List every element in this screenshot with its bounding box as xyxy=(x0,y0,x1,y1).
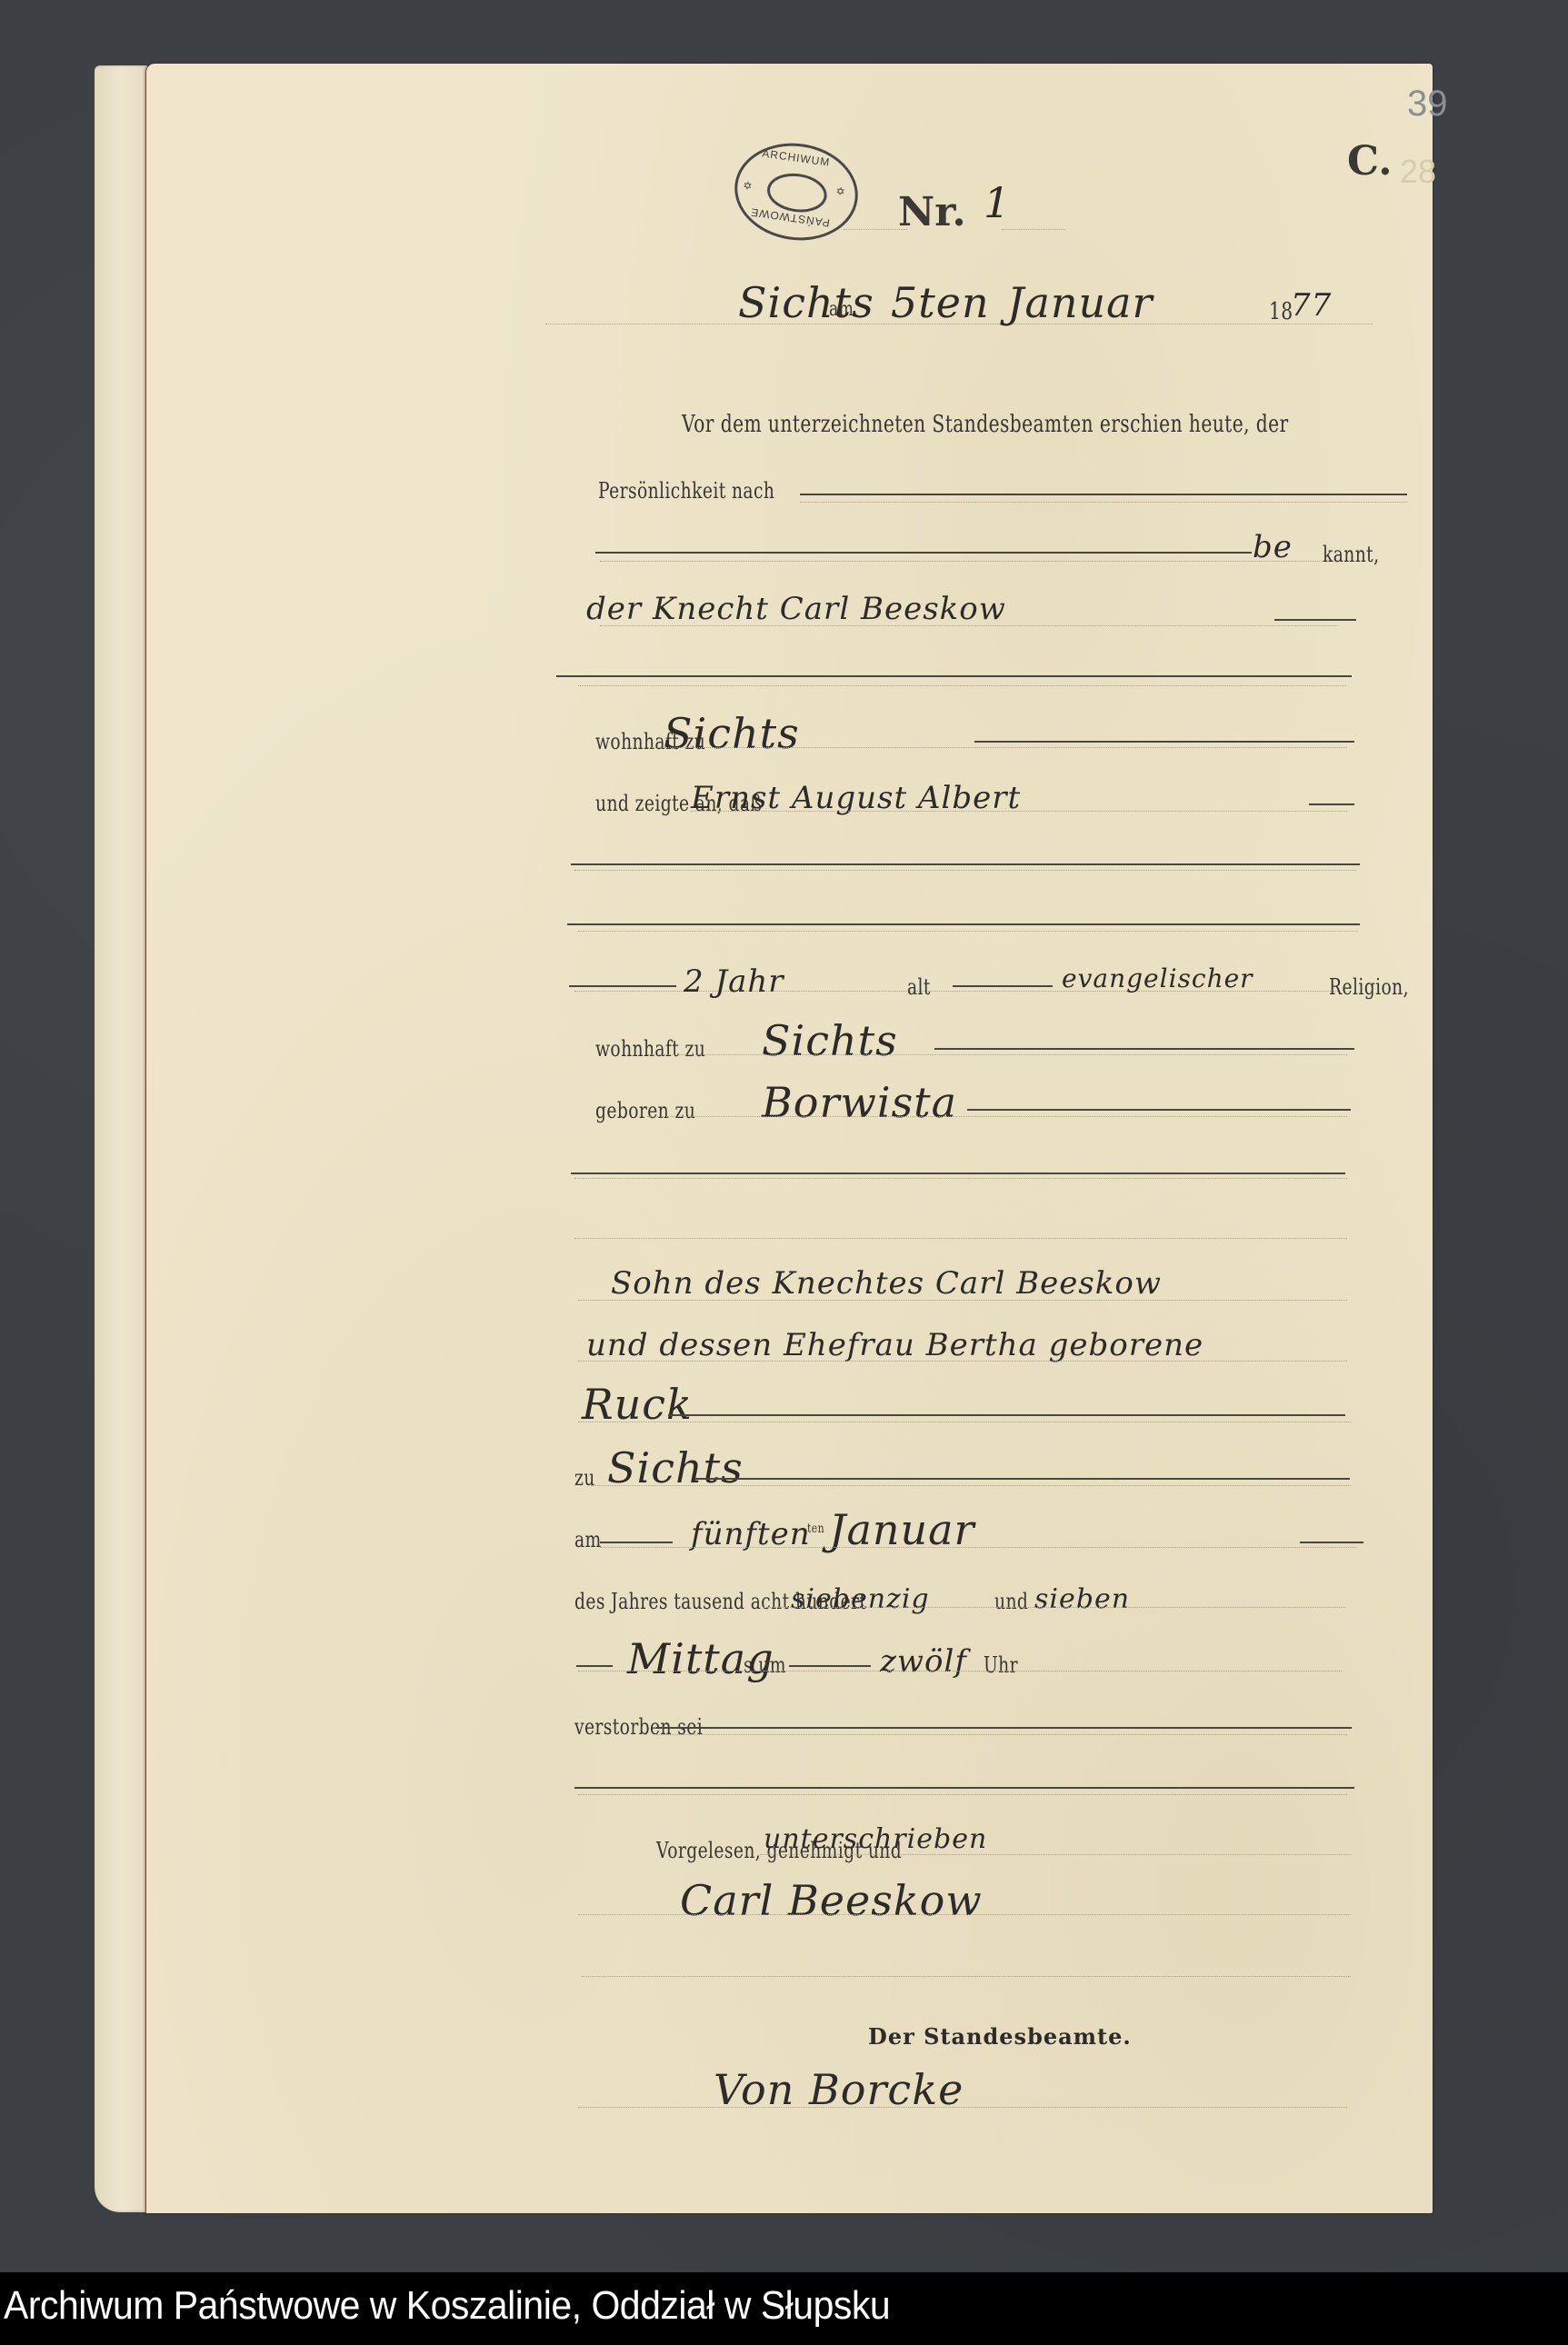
left-page-flap xyxy=(95,65,147,2212)
und-label: und xyxy=(994,1589,1028,1614)
declarant-name: der Knecht Carl Beeskow xyxy=(586,591,1006,627)
header-month: Januar xyxy=(1007,278,1154,327)
ten-suffix: ten xyxy=(807,1522,824,1536)
year-units: sieben xyxy=(1034,1583,1130,1615)
header-year-printed: 18 xyxy=(1269,298,1293,325)
header-day: 5ten xyxy=(891,278,990,327)
zu-label: zu xyxy=(574,1465,595,1491)
star-icon: ✡ xyxy=(835,185,846,198)
persoenlichkeit-label: Persönlichkeit nach xyxy=(598,478,774,504)
official-title: Der Standesbeamte. xyxy=(868,2023,1132,2050)
star-icon: ✡ xyxy=(742,179,753,193)
uhr-label: Uhr xyxy=(984,1652,1018,1678)
stamp-top-text: ARCHIWUM xyxy=(762,146,832,168)
declarant-signature: Carl Beeskow xyxy=(680,1876,983,1925)
form-intro-text: Vor dem unterzeichneten Standesbeamten e… xyxy=(682,411,1289,438)
parents-line-2: und dessen Ehefrau Bertha geborene xyxy=(586,1327,1203,1363)
old-folio-number: 28 xyxy=(1400,153,1436,191)
parents-line-1: Sohn des Knechtes Carl Beeskow xyxy=(611,1265,1162,1302)
geboren-value: Borwista xyxy=(762,1078,957,1127)
wohnhaft2-label: wohnhaft zu xyxy=(595,1036,705,1062)
record-number-label: Nr. xyxy=(898,189,966,235)
folio-number: 39 xyxy=(1407,84,1448,125)
am-label: am xyxy=(574,1527,602,1552)
hour: zwölf xyxy=(880,1643,967,1680)
archive-caption: Archiwum Państwowe w Koszalinie, Oddział… xyxy=(4,2283,890,2329)
form-letter: C. xyxy=(1347,138,1393,185)
bekannt-suffix: kannt, xyxy=(1323,542,1379,567)
bekannt-handwritten-prefix: be xyxy=(1253,529,1293,565)
unterschrieben-text: unterschrieben xyxy=(764,1823,987,1855)
s-um-label: s um xyxy=(744,1652,786,1678)
geboren-label: geboren zu xyxy=(595,1098,695,1123)
year-tens: siebenzig xyxy=(791,1583,930,1615)
wohnhaft2-value: Sichts xyxy=(762,1016,898,1065)
wohnhaft-value: Sichts xyxy=(664,709,800,758)
header-year-handwritten: 77 xyxy=(1291,287,1332,324)
religion-label: Religion, xyxy=(1329,974,1409,1000)
header-am: am xyxy=(829,298,854,321)
record-number-value: 1 xyxy=(984,178,1011,227)
age-value: 2 Jahr xyxy=(684,963,784,1000)
alt-label: alt xyxy=(907,974,931,1000)
religion-value: evangelischer xyxy=(1062,963,1253,993)
